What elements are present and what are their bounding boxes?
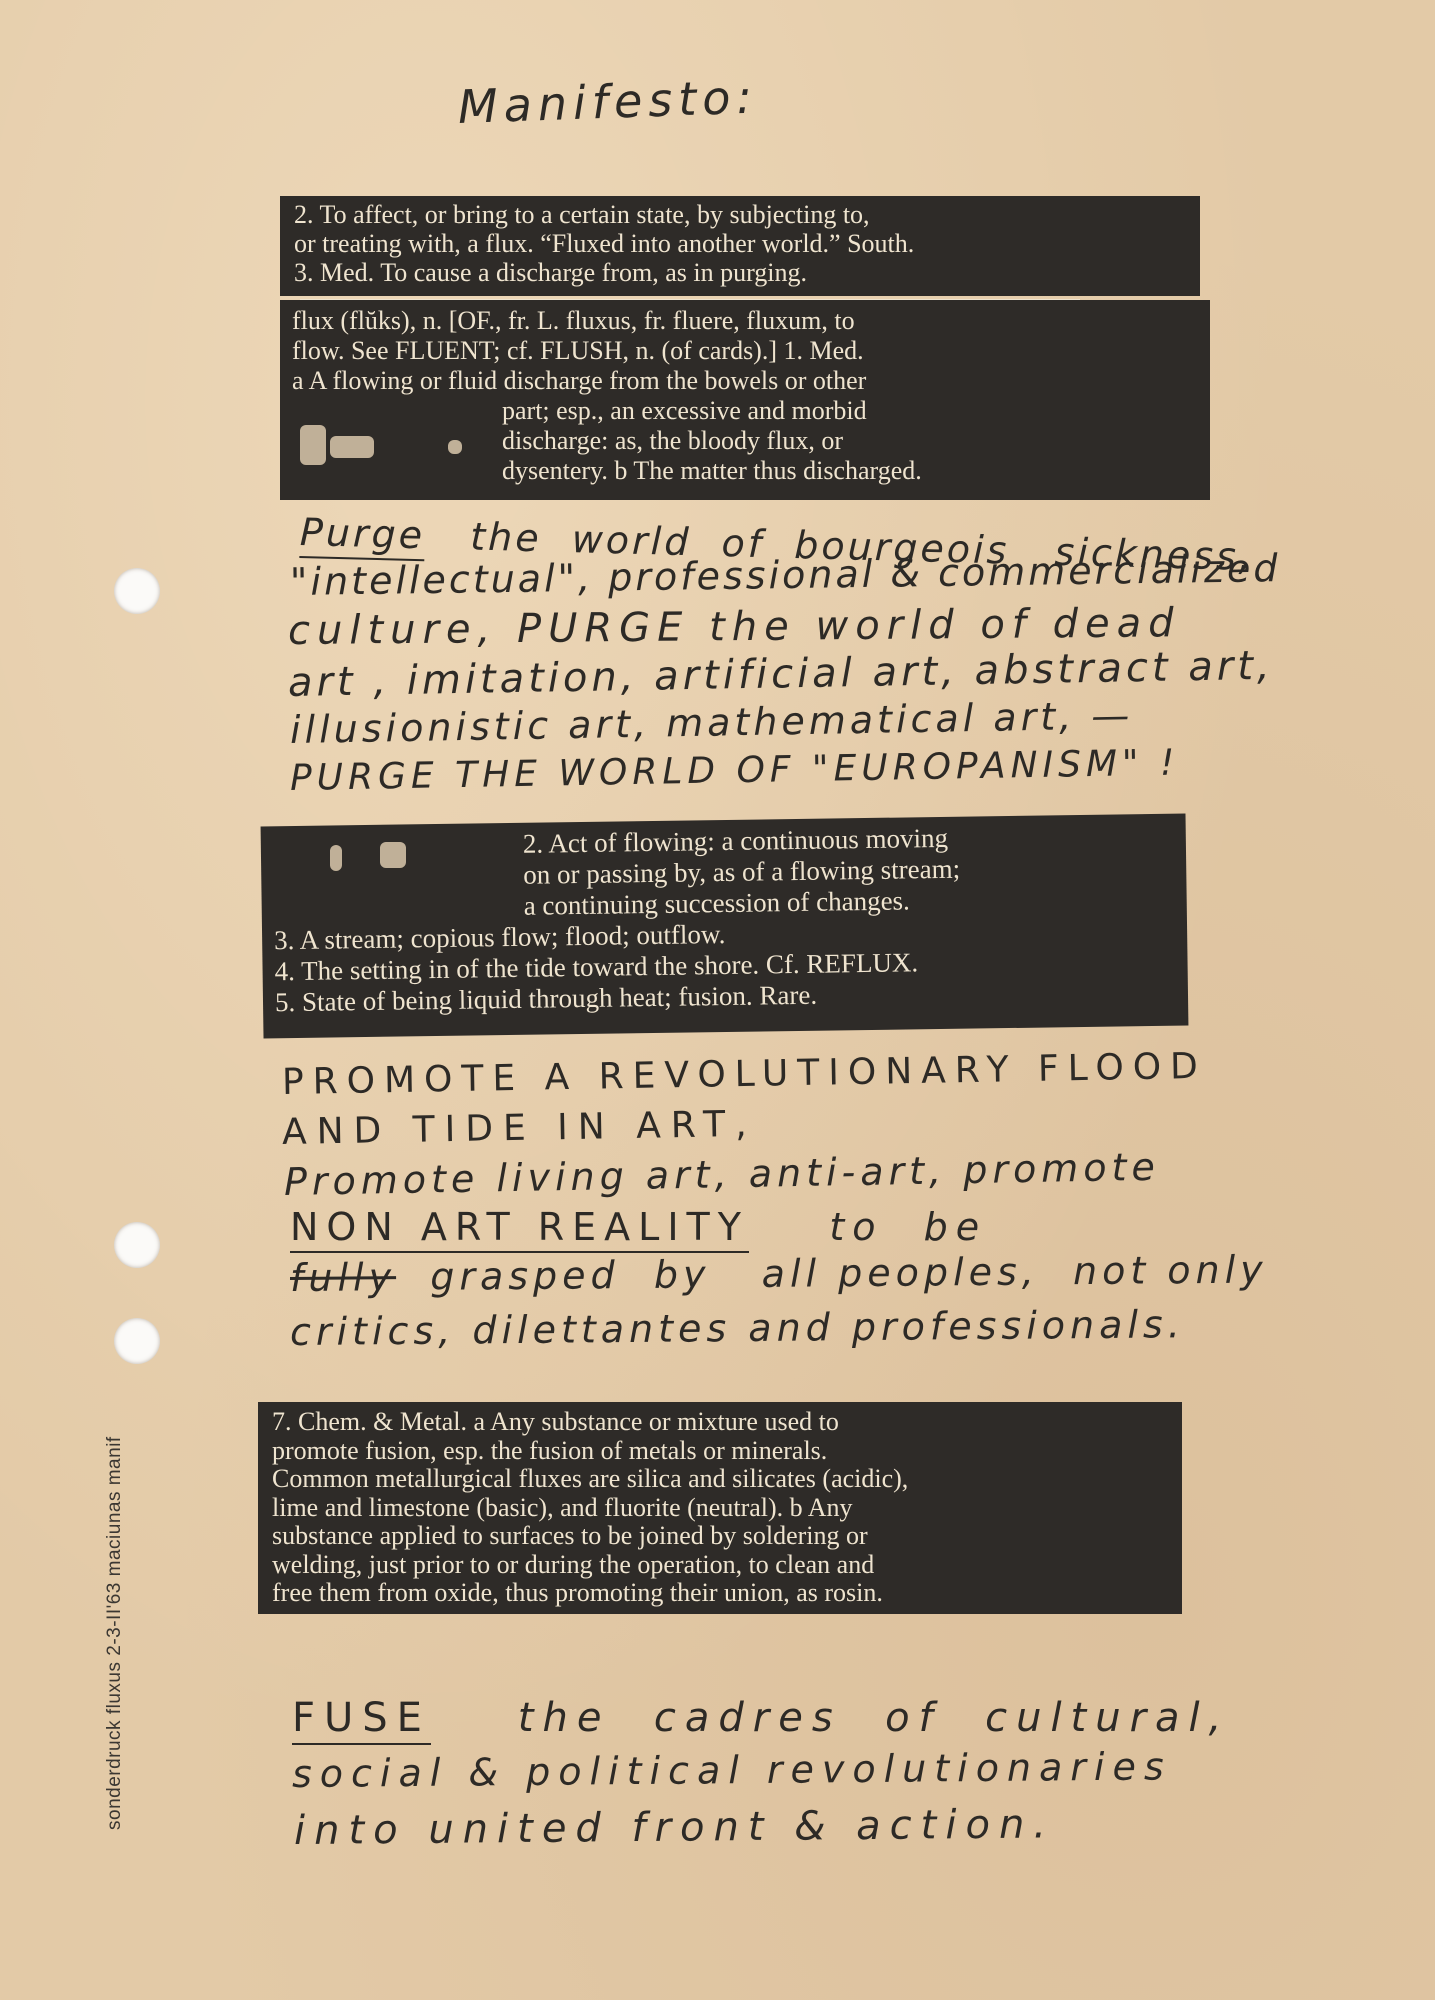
clipping-line: a A flowing or fluid discharge from the … [292,366,1198,396]
underlined-non-art-reality: NON ART REALITY [290,1205,749,1253]
clipping-line: free them from oxide, thus promoting the… [272,1579,1168,1608]
clipping-line: 3. Med. To cause a discharge from, as in… [294,258,1186,287]
handwritten-promote-line-6: critics, dilettantes and professionals. [290,1302,1185,1354]
handwritten-promote-line-4: NON ART REALITY to be [290,1205,987,1249]
photo-fragment-icon [300,425,326,465]
clipping-line: substance applied to surfaces to be join… [272,1522,1168,1551]
dictionary-clipping-4: 7. Chem. & Metal. a Any substance or mix… [258,1402,1182,1614]
margin-imprint: sonderdruck fluxus 2-3-II'63 maciunas ma… [104,1436,126,1830]
clipping-line: dysentery. b The matter thus discharged. [292,456,1198,486]
punch-hole-bottom [114,1318,160,1364]
photo-fragment-icon [448,440,462,454]
handwritten-text: grasped by all peoples, not only [413,1247,1268,1298]
underlined-purge: Purge [299,510,425,561]
handwritten-promote-line-2: AND TIDE IN ART, [282,1104,757,1153]
struck-word: fully [290,1255,396,1300]
photo-fragment-icon [330,436,374,458]
clipping-line: discharge: as, the bloody flux, or [292,426,1198,456]
photo-fragment-icon [330,845,342,871]
clipping-line: or treating with, a flux. “Fluxed into a… [294,229,1186,258]
dictionary-clipping-2: flux (flŭks), n. [OF., fr. L. fluxus, fr… [280,300,1210,500]
handwritten-fuse-line-1: FUSE the cadres of cultural, [292,1695,1230,1741]
clipping-line: 2. To affect, or bring to a certain stat… [294,200,1186,229]
clipping-line: part; esp., an excessive and morbid [292,396,1198,426]
page-title: Manifesto: [457,70,759,134]
handwritten-fuse-line-3: into united front & action. [294,1801,1055,1854]
handwritten-text: to be [769,1205,987,1249]
punch-hole-middle [114,1222,160,1268]
handwritten-promote-line-5: fully grasped by all peoples, not only [290,1247,1268,1300]
punch-hole-top [114,568,160,614]
photo-fragment-icon [380,842,406,868]
clipping-line: Common metallurgical fluxes are silica a… [272,1465,1168,1494]
clipping-line: welding, just prior to or during the ope… [272,1551,1168,1580]
clipping-line: 7. Chem. & Metal. a Any substance or mix… [272,1408,1168,1437]
handwritten-fuse-line-2: social & political revolutionaries [292,1744,1172,1796]
clipping-line: lime and limestone (basic), and fluorite… [272,1494,1168,1523]
handwritten-text: the cadres of cultural, [453,1695,1231,1741]
clipping-line: flow. See FLUENT; cf. FLUSH, n. (of card… [292,336,1198,366]
underlined-fuse: FUSE [292,1695,431,1745]
clipping-line: promote fusion, esp. the fusion of metal… [272,1437,1168,1466]
clipping-line: flux (flŭks), n. [OF., fr. L. fluxus, fr… [292,306,1198,336]
dictionary-clipping-1: 2. To affect, or bring to a certain stat… [280,196,1200,296]
